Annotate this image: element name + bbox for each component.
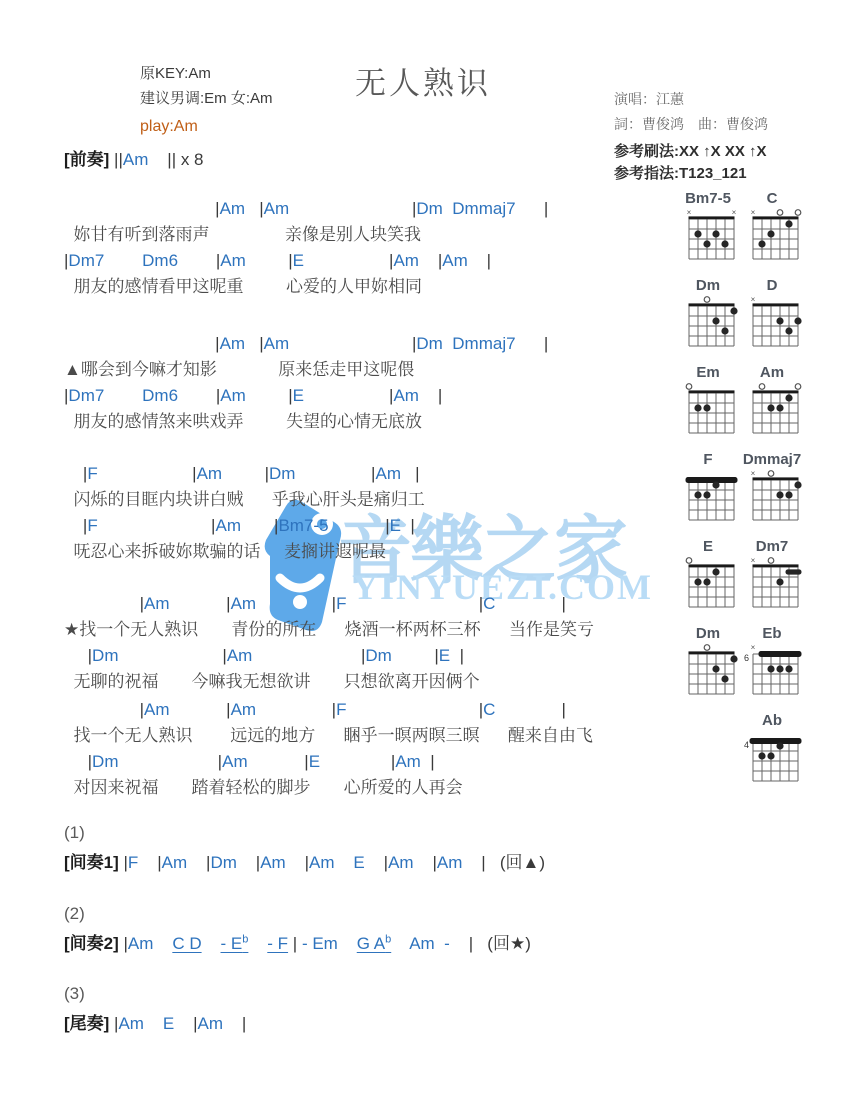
- bar-text: |: [304, 251, 393, 270]
- bar-text: |: [288, 934, 302, 953]
- lyric-text: ▲哪会到今嘛才知影 原来恁走甲这呢偎: [64, 360, 414, 379]
- chord-diagram-C: C×: [740, 190, 804, 268]
- fretboard-grid: 4: [740, 729, 804, 785]
- chord-token: Am: [442, 251, 468, 270]
- chord-token: E: [293, 386, 304, 405]
- chord-token: E: [293, 251, 304, 270]
- bar-text: |: [346, 594, 483, 613]
- bar-text: |: [64, 646, 92, 665]
- chord-token: Dm7: [68, 386, 104, 405]
- chord-token: C D: [172, 934, 201, 953]
- chord-line: |Dm |Am |E |Am |: [64, 749, 593, 775]
- bar-text: |: [170, 594, 231, 613]
- fretboard-grid: ×: [740, 468, 804, 524]
- bar-text: |: [245, 334, 264, 353]
- bar-text: |: [450, 934, 487, 953]
- chord-token: Am: [231, 594, 257, 613]
- bar-text: |: [419, 251, 442, 270]
- song-title: 无人熟识: [355, 58, 491, 103]
- play-key: play:Am: [140, 114, 273, 139]
- chord-token: Am: [393, 251, 419, 270]
- bar-text: |: [222, 464, 269, 483]
- chord-line: |Dm7 Dm6 |Am |E |Am |: [64, 383, 548, 409]
- lyric-line: ★找一个无人熟识 青份的所在 烧酒一杯两杯三杯 当作是笑亏: [64, 617, 594, 643]
- chord-token: - E: [221, 934, 243, 953]
- bar-text: |: [289, 199, 416, 218]
- chord-token: Dmmaj7: [452, 199, 515, 218]
- bar-text: |: [138, 853, 161, 872]
- chord-token: Am: [144, 594, 170, 613]
- chord-token: Am: [227, 646, 253, 665]
- section-label: [间奏1]: [64, 853, 124, 872]
- chord-token: Am: [375, 464, 401, 483]
- empty-cell: [676, 712, 740, 790]
- chord-diagram-name: Dmmaj7: [740, 451, 804, 468]
- chord-token: Dm: [269, 464, 295, 483]
- svg-text:×: ×: [751, 208, 756, 217]
- fretboard-grid: 6×: [740, 642, 804, 698]
- bar-text: |: [237, 853, 260, 872]
- section-interlude2: (2)[间奏2] |Am C D - Eb - F | - Em G Ab Am…: [64, 901, 531, 957]
- bar-text: |: [295, 464, 375, 483]
- bar-text: |: [401, 516, 415, 535]
- reference-block: 参考刷法:XX ↑X XX ↑X 参考指法:T123_121: [614, 141, 767, 185]
- chord-line: [间奏2] |Am C D - Eb - F | - Em G Ab Am - …: [64, 931, 531, 957]
- chord-token: F: [87, 464, 97, 483]
- section-label: [尾奏]: [64, 1014, 114, 1033]
- lyric-line: 妳甘有听到落雨声 亲像是别人块笑我: [64, 222, 548, 248]
- bar-text: |: [178, 251, 220, 270]
- section-chorus1: |Am |Am |F |C |★找一个无人熟识 青份的所在 烧酒一杯两杯三杯 当…: [64, 591, 594, 695]
- bar-text: |: [246, 386, 293, 405]
- bar-text: (回★): [487, 934, 531, 953]
- section-verse1: |Am |Am |Dm Dmmaj7 | 妳甘有听到落雨声 亲像是别人块笑我|D…: [64, 196, 548, 300]
- bar-text: || x 8: [148, 150, 203, 169]
- lyric-line: 朋友的感情煞来哄戏弄 失望的心情无底放: [64, 409, 548, 435]
- chord-diagram-name: Am: [740, 364, 804, 381]
- chord-token: F: [87, 516, 97, 535]
- bar-text: |: [462, 853, 499, 872]
- bar-text: |: [286, 853, 309, 872]
- svg-text:×: ×: [751, 469, 756, 478]
- bar-text: |: [516, 334, 549, 353]
- lyric-text: ★找一个无人熟识 青份的所在 烧酒一杯两杯三杯 当作是笑亏: [64, 620, 594, 639]
- chord-diagram-F: F: [676, 451, 740, 529]
- chord-token: Am: [198, 1014, 224, 1033]
- suggested-key: 建议男调:Em 女:Am: [140, 86, 273, 111]
- chord-line: |Dm7 Dm6 |Am |E |Am |Am |: [64, 248, 548, 274]
- chord-token: Bm7-5: [278, 516, 328, 535]
- lyric-text: 无聊的祝福 今嘛我无想欲讲 只想欲离开因俩个: [64, 672, 480, 691]
- finger-pattern: 参考指法:T123_121: [614, 163, 767, 185]
- credits: 詞：曹俊鸿 曲：曹俊鸿: [614, 112, 768, 137]
- strum-pattern: 参考刷法:XX ↑X XX ↑X: [614, 141, 767, 163]
- chord-line: |F |Am |Dm |Am |: [64, 461, 425, 487]
- chord-token: Dm: [365, 646, 391, 665]
- chord-diagram-name: Em: [676, 364, 740, 381]
- chord-token: Am: [388, 853, 414, 872]
- bar-text: |: [119, 752, 223, 771]
- chord-token: Am: [118, 1014, 144, 1033]
- bar-text: |: [64, 334, 220, 353]
- section-number: (3): [64, 981, 246, 1007]
- chord-token: G A: [357, 934, 385, 953]
- bar-text: |: [64, 752, 92, 771]
- bar-text: [443, 334, 452, 353]
- bar-text: |: [64, 516, 87, 535]
- bar-text: |: [223, 1014, 246, 1033]
- original-key: 原KEY:Am: [140, 61, 273, 86]
- bar-text: [435, 934, 444, 953]
- lyric-line: 呒忍心来拆破妳欺骗的话 麦搁讲遐呢最: [64, 539, 425, 565]
- bar-text: [104, 386, 142, 405]
- section-outro: (3)[尾奏] |Am E |Am |: [64, 981, 246, 1037]
- fretboard-grid: ×: [740, 207, 804, 263]
- bar-text: [335, 853, 354, 872]
- chord-token: E: [439, 646, 450, 665]
- fretboard-grid: ×: [740, 294, 804, 350]
- chord-token: Dm: [416, 199, 442, 218]
- chord-token: C: [483, 700, 495, 719]
- artist-block: 演唱：江蕙 詞：曹俊鸿 曲：曹俊鸿: [614, 87, 768, 137]
- chord-token: - F: [267, 934, 288, 953]
- bar-text: |: [495, 700, 566, 719]
- bar-text: |: [98, 464, 197, 483]
- lyric-text: 朋友的感情煞来哄戏弄 失望的心情无底放: [64, 412, 422, 431]
- chord-token: Am: [260, 853, 286, 872]
- bar-text: |: [419, 386, 442, 405]
- chord-token: Am: [215, 516, 241, 535]
- chord-token: E: [390, 516, 401, 535]
- bar-text: |: [248, 752, 309, 771]
- bar-text: |: [329, 516, 390, 535]
- chord-token: Am: [309, 853, 335, 872]
- chord-token: E: [309, 752, 320, 771]
- chord-diagram-column: Bm7-5××C×DmD×EmAmFDmmaj7×EDm7×DmEb6×Ab4: [676, 190, 804, 790]
- chord-diagram-Dm: Dm: [676, 277, 740, 355]
- bar-text: |: [320, 752, 395, 771]
- chord-token: Am: [264, 334, 290, 353]
- chord-line: [前奏] ||Am || x 8: [64, 147, 204, 173]
- bar-text: |: [365, 853, 388, 872]
- lyric-text: 呒忍心来拆破妳欺骗的话 麦搁讲遐呢最: [64, 542, 386, 561]
- chord-token: Am: [264, 199, 290, 218]
- chord-diagram-name: Eb: [740, 625, 804, 642]
- chord-diagram-name: D: [740, 277, 804, 294]
- chord-line: |Dm |Am |Dm |E |: [64, 643, 594, 669]
- section-number: (2): [64, 901, 531, 927]
- svg-text:×: ×: [732, 208, 737, 217]
- svg-text:×: ×: [751, 295, 756, 304]
- bar-text: |: [401, 464, 420, 483]
- chord-token: Am: [220, 251, 246, 270]
- chord-token: Am: [197, 464, 223, 483]
- chord-token: F: [336, 594, 346, 613]
- bar-text: |: [468, 251, 491, 270]
- number-text: (2): [64, 904, 85, 923]
- bar-text: [443, 199, 452, 218]
- bar-text: [104, 251, 142, 270]
- number-text: (1): [64, 823, 85, 842]
- bar-text: |: [289, 334, 416, 353]
- lyric-text: 找一个无人熟识 远远的地方 睏乎一暝两暝三暝 醒来自由飞: [64, 726, 593, 745]
- chord-token: Dm6: [142, 386, 178, 405]
- svg-text:×: ×: [687, 208, 692, 217]
- lyric-line: 朋友的感情看甲这呢重 心爱的人甲妳相同: [64, 274, 548, 300]
- chord-line: |Am |Am |Dm Dmmaj7 |: [64, 331, 548, 357]
- lyric-line: 闪烁的目眶内块讲白贼 乎我心肝头是痛归工: [64, 487, 425, 513]
- chord-diagram-Am: Am: [740, 364, 804, 442]
- bar-text: |: [304, 386, 393, 405]
- section-interlude1: (1)[间奏1] |F |Am |Dm |Am |Am E |Am |Am | …: [64, 820, 545, 876]
- bar-text: |: [64, 199, 220, 218]
- bar-text: |: [256, 700, 336, 719]
- chord-token: Dm: [416, 334, 442, 353]
- chord-diagram-name: E: [676, 538, 740, 555]
- chord-token: Am: [231, 700, 257, 719]
- chord-token: Am: [393, 386, 419, 405]
- chord-diagram-Em: Em: [676, 364, 740, 442]
- chord-token: Am: [162, 853, 188, 872]
- chord-diagram-Ab: Ab4: [740, 712, 804, 790]
- bar-text: [202, 934, 221, 953]
- section-label: [前奏]: [64, 150, 114, 169]
- chord-diagram-name: F: [676, 451, 740, 468]
- chord-diagram-Bm7-5: Bm7-5××: [676, 190, 740, 268]
- fretboard-grid: [676, 642, 740, 698]
- chord-diagram-name: Dm: [676, 277, 740, 294]
- chord-token: Am: [128, 934, 154, 953]
- chord-token: Am: [123, 150, 149, 169]
- chord-diagram-name: Dm7: [740, 538, 804, 555]
- chord-diagram-Dm: Dm: [676, 625, 740, 703]
- chord-diagram-D: D×: [740, 277, 804, 355]
- bar-text: |: [421, 752, 435, 771]
- lyric-text: 妳甘有听到落雨声 亲像是别人块笑我: [64, 225, 421, 244]
- chord-token: C: [483, 594, 495, 613]
- lyric-text: 朋友的感情看甲这呢重 心爱的人甲妳相同: [64, 277, 422, 296]
- fretboard-grid: [676, 555, 740, 611]
- svg-text:×: ×: [751, 556, 756, 565]
- chord-diagram-name: Bm7-5: [676, 190, 740, 207]
- lyric-line: ▲哪会到今嘛才知影 原来恁走甲这呢偎: [64, 357, 548, 383]
- fretboard-grid: [676, 468, 740, 524]
- lyric-line: 对因来祝福 踏着轻松的脚步 心所爱的人再会: [64, 775, 593, 801]
- bar-text: [338, 934, 357, 953]
- svg-text:×: ×: [751, 643, 756, 652]
- bar-text: |: [392, 646, 439, 665]
- bar-text: [153, 934, 172, 953]
- fretboard-grid: ×: [740, 555, 804, 611]
- bar-text: |: [119, 646, 227, 665]
- chord-token: Am: [220, 386, 246, 405]
- chord-token: Am: [437, 853, 463, 872]
- chord-token: Dmmaj7: [452, 334, 515, 353]
- chord-diagram-name: C: [740, 190, 804, 207]
- number-text: (3): [64, 984, 85, 1003]
- bar-text: |: [170, 700, 231, 719]
- bar-text: ||: [114, 150, 123, 169]
- chord-diagram-name: Dm: [676, 625, 740, 642]
- bar-text: |: [187, 853, 210, 872]
- bar-text: |: [178, 386, 220, 405]
- chord-token: Dm6: [142, 251, 178, 270]
- lyric-text: 闪烁的目眶内块讲白贼 乎我心肝头是痛归工: [64, 490, 425, 509]
- bar-text: [391, 934, 409, 953]
- chord-token: Dm: [210, 853, 236, 872]
- section-chorus2: |Am |Am |F |C | 找一个无人熟识 远远的地方 睏乎一暝两暝三暝 醒…: [64, 697, 593, 801]
- chord-diagram-name: Ab: [740, 712, 804, 729]
- chord-token: F: [128, 853, 138, 872]
- chord-line: [尾奏] |Am E |Am |: [64, 1011, 246, 1037]
- bar-text: |: [516, 199, 549, 218]
- chord-token: - Em: [302, 934, 338, 953]
- chord-token: Am: [409, 934, 435, 953]
- lyric-line: 无聊的祝福 今嘛我无想欲讲 只想欲离开因俩个: [64, 669, 594, 695]
- section-verse2: |Am |Am |Dm Dmmaj7 |▲哪会到今嘛才知影 原来恁走甲这呢偎|D…: [64, 331, 548, 435]
- bar-text: |: [346, 700, 483, 719]
- bar-text: |: [256, 594, 336, 613]
- chord-token: Am: [220, 199, 246, 218]
- chord-token: Dm: [92, 752, 118, 771]
- bar-text: |: [495, 594, 566, 613]
- bar-text: |: [241, 516, 278, 535]
- chord-token: Am: [222, 752, 248, 771]
- chord-line: |Am |Am |Dm Dmmaj7 |: [64, 196, 548, 222]
- bar-text: |: [450, 646, 464, 665]
- chord-diagram-Eb: Eb6×: [740, 625, 804, 703]
- fretboard-grid: [740, 381, 804, 437]
- section-number: (1): [64, 820, 545, 846]
- bar-text: [144, 1014, 163, 1033]
- key-info: 原KEY:Am 建议男调:Em 女:Am play:Am: [140, 61, 273, 139]
- chord-token: Am: [220, 334, 246, 353]
- chord-token: E: [163, 1014, 174, 1033]
- bar-text: |: [252, 646, 365, 665]
- bar-text: |: [246, 251, 293, 270]
- bar-text: |: [64, 594, 144, 613]
- bar-text: |: [98, 516, 216, 535]
- section-intro: [前奏] ||Am || x 8: [64, 147, 204, 173]
- bar-text: |: [174, 1014, 197, 1033]
- bar-text: |: [64, 464, 87, 483]
- chord-diagram-Dmmaj7: Dmmaj7×: [740, 451, 804, 529]
- lyric-line: 找一个无人熟识 远远的地方 睏乎一暝两暝三暝 醒来自由飞: [64, 723, 593, 749]
- section-label: [间奏2]: [64, 934, 124, 953]
- chord-token: E: [353, 853, 364, 872]
- fretboard-grid: ××: [676, 207, 740, 263]
- chord-line: [间奏1] |F |Am |Dm |Am |Am E |Am |Am | (回▲…: [64, 850, 545, 876]
- bar-text: (回▲): [500, 853, 545, 872]
- chord-token: Dm7: [68, 251, 104, 270]
- chord-token: F: [336, 700, 346, 719]
- bar-text: |: [64, 700, 144, 719]
- chord-line: |Am |Am |F |C |: [64, 591, 594, 617]
- chord-line: |Am |Am |F |C |: [64, 697, 593, 723]
- bar-text: [248, 934, 267, 953]
- chord-diagram-Dm7: Dm7×: [740, 538, 804, 616]
- chord-diagram-E: E: [676, 538, 740, 616]
- fretboard-grid: [676, 381, 740, 437]
- lyric-text: 对因来祝福 踏着轻松的脚步 心所爱的人再会: [64, 778, 463, 797]
- chord-token: Dm: [92, 646, 118, 665]
- chord-token: Am: [144, 700, 170, 719]
- svg-text:4: 4: [744, 740, 749, 750]
- chord-line: |F |Am |Bm7-5 |E |: [64, 513, 425, 539]
- chord-token: Am: [395, 752, 421, 771]
- bar-text: |: [245, 199, 264, 218]
- svg-text:6: 6: [744, 653, 749, 663]
- artist: 演唱：江蕙: [614, 87, 768, 112]
- bar-text: |: [414, 853, 437, 872]
- fretboard-grid: [676, 294, 740, 350]
- section-verse3: |F |Am |Dm |Am | 闪烁的目眶内块讲白贼 乎我心肝头是痛归工 |F…: [64, 461, 425, 565]
